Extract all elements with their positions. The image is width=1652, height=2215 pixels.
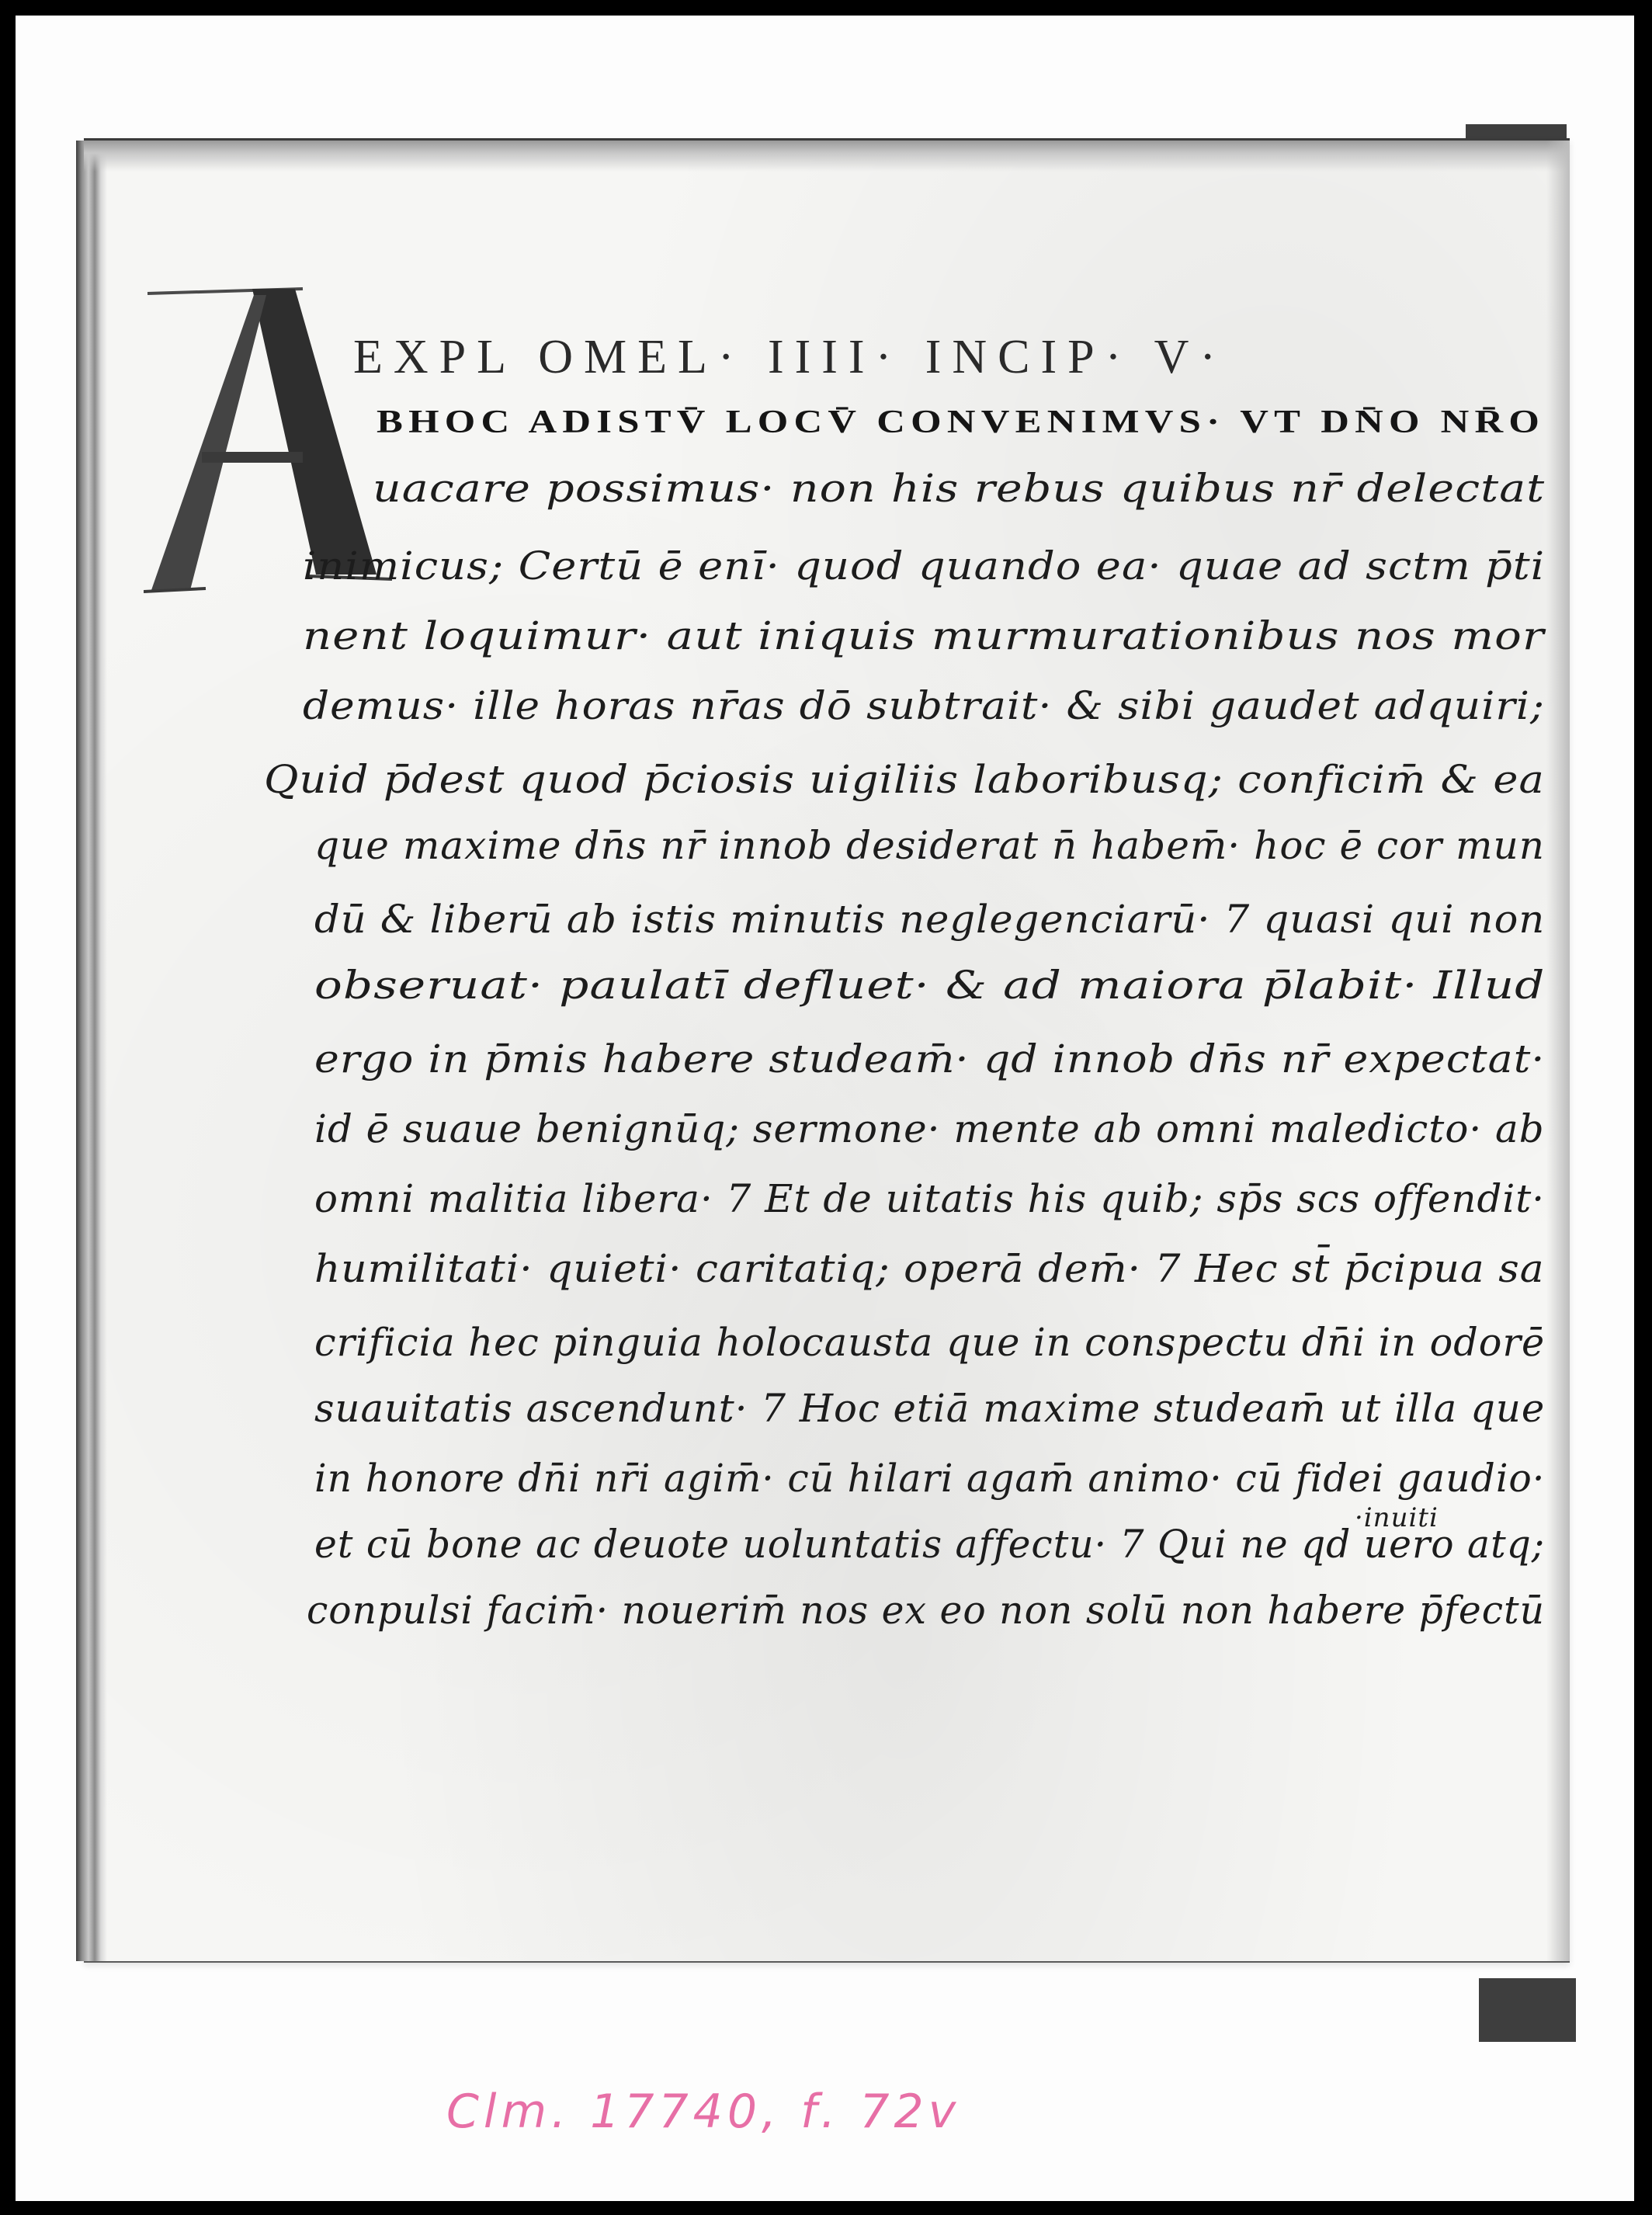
- chapter-heading: EXPL OMEL· IIII· INCIP· V·: [353, 330, 1227, 385]
- text-line-4: nent loquimur· aut iniquis murmurationib…: [303, 613, 1545, 658]
- text-line-1: BHOC ADISTV̄ LOCV̄ CONVENIMVS· VT DN̄O N…: [377, 404, 1545, 441]
- text-line-17: et cū bone ac deuote uoluntatis affectu·…: [314, 1522, 1545, 1567]
- text-line-7: que maxime dn̄s nr̄ innob desiderat n̄ h…: [314, 823, 1545, 868]
- gutter-edge: [76, 141, 107, 1961]
- right-edge-shadow: [1546, 141, 1570, 1961]
- top-edge-shadow: [84, 141, 1570, 172]
- text-line-14: crificia hec pinguia holocausta que in c…: [314, 1320, 1545, 1365]
- text-line-6: Quid p̄dest quod p̄ciosis uigiliis labor…: [264, 757, 1545, 802]
- text-line-2: uacare possimus· non his rebus quibus nr…: [373, 466, 1545, 511]
- text-line-8: dū & liberū ab istis minutis neglegencia…: [314, 897, 1545, 942]
- text-line-10: ergo in p̄mis habere studeam̄· qd innob …: [314, 1036, 1545, 1081]
- text-line-11: id ē suaue benignūq; sermone· mente ab o…: [314, 1106, 1545, 1151]
- text-line-18: conpulsi facim̄· nouerim̄ nos ex eo non …: [307, 1588, 1545, 1633]
- text-line-16: in honore dn̄i nr̄i agim̄· cū hilari aga…: [314, 1456, 1545, 1501]
- text-line-13: humilitati· quieti· caritatiq; operā dem…: [314, 1246, 1545, 1291]
- text-line-12: omni malitia libera· 7 Et de uitatis his…: [314, 1176, 1545, 1221]
- text-line-15: suauitatis ascendunt· 7 Hoc etiā maxime …: [314, 1386, 1545, 1431]
- text-line-9: obseruat· paulatī defluet· & ad maiora p…: [314, 963, 1545, 1008]
- text-line-3: inimicus; Certū ē enī· quod quando ea· q…: [303, 543, 1545, 588]
- shelfmark-annotation: Clm. 17740, f. 72v: [446, 2085, 960, 2139]
- dark-tab-bottom-right: [1479, 1978, 1576, 2042]
- text-line-5: demus· ille horas nr̄as dō subtrait· & s…: [303, 683, 1545, 728]
